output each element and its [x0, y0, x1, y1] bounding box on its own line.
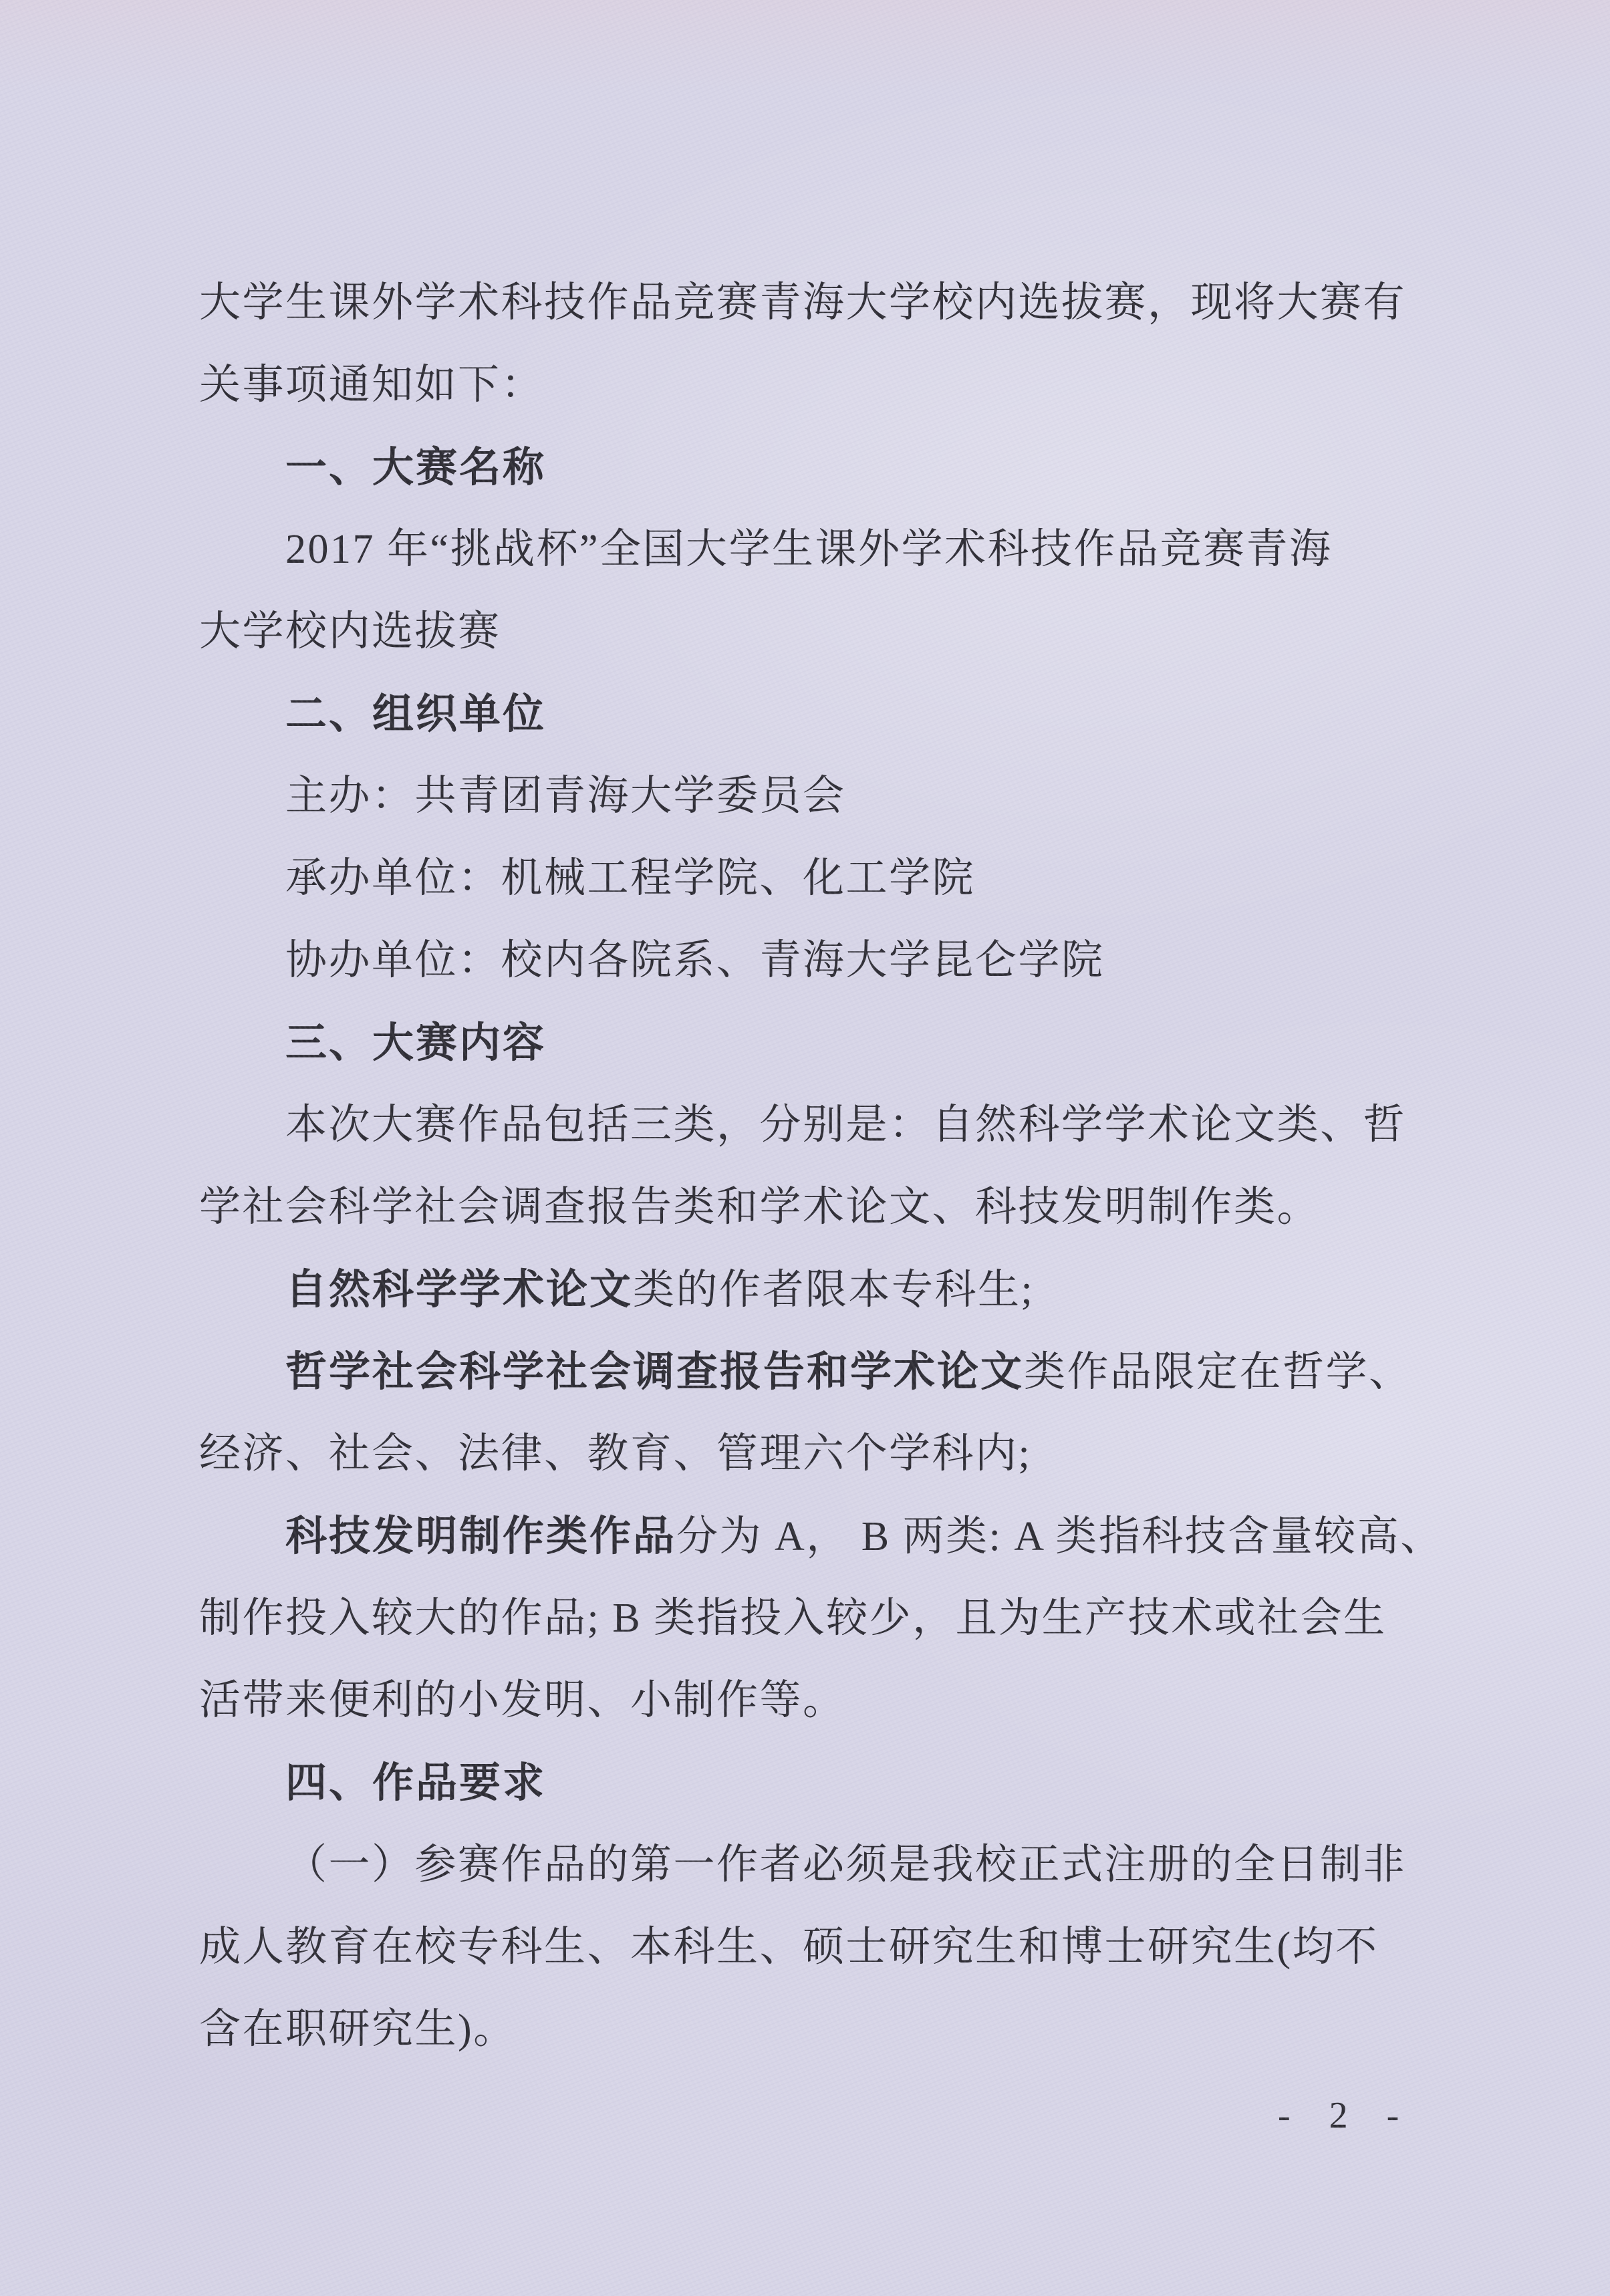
text-line: 自然科学学术论文类的作者限本专科生; [199, 1249, 1414, 1331]
heading-line: 三、大赛内容 [199, 1002, 1414, 1084]
text-line: 哲学社会科学社会调查报告和学术论文类作品限定在哲学、 [199, 1331, 1414, 1413]
text-line: 承办单位：机械工程学院、化工学院 [199, 838, 1414, 920]
text-segment: 成人教育在校专科生、本科生、硕士研究生和博士研究生(均不 [199, 1924, 1379, 1970]
page-number: - 2 - [1278, 2085, 1414, 2146]
bold-text-segment: 四、作品要求 [285, 1760, 546, 1806]
text-segment: 承办单位：机械工程学院、化工学院 [285, 856, 975, 901]
text-segment: 大学校内选拔赛 [199, 609, 501, 654]
bold-text-segment: 三、大赛内容 [285, 1020, 546, 1066]
text-line: 经济、社会、法律、教育、管理六个学科内; [199, 1413, 1414, 1495]
text-segment: 活带来便利的小发明、小制作等。 [199, 1678, 846, 1723]
text-segment: 含在职研究生)。 [199, 2007, 517, 2052]
text-line: 主办：共青团青海大学委员会 [199, 755, 1414, 838]
text-line: 科技发明制作类作品分为 A， B 两类: A 类指科技含量较高、 [199, 1495, 1414, 1577]
bold-text-segment: 科技发明制作类作品 [285, 1513, 676, 1559]
heading-line: 一、大赛名称 [199, 426, 1414, 509]
text-line: 成人教育在校专科生、本科生、硕士研究生和博士研究生(均不 [199, 1906, 1414, 1989]
text-segment: 类的作者限本专科生; [633, 1267, 1034, 1313]
heading-line: 四、作品要求 [199, 1742, 1414, 1824]
text-line: 活带来便利的小发明、小制作等。 [199, 1660, 1414, 1742]
text-segment: 本次大赛作品包括三类，分别是：自然科学学术论文类、哲 [285, 1102, 1406, 1148]
bold-text-segment: 一、大赛名称 [285, 444, 546, 491]
text-segment: 学社会科学社会调查报告类和学术论文、科技发明制作类。 [199, 1184, 1320, 1230]
heading-line: 二、组织单位 [199, 673, 1414, 755]
text-segment: （一）参赛作品的第一作者必须是我校正式注册的全日制非 [285, 1842, 1406, 1888]
text-line: 大学生课外学术科技作品竞赛青海大学校内选拔赛，现将大赛有 [199, 262, 1414, 344]
text-segment: 制作投入较大的作品; B 类指投入较少，且为生产技术或社会生 [199, 1596, 1387, 1641]
bold-text-segment: 哲学社会科学社会调查报告和学术论文 [285, 1349, 1024, 1395]
text-line: 含在职研究生)。 [199, 1989, 1414, 2071]
text-line: 大学校内选拔赛 [199, 591, 1414, 673]
text-line: 本次大赛作品包括三类，分别是：自然科学学术论文类、哲 [199, 1084, 1414, 1166]
text-segment: 类作品限定在哲学、 [1024, 1350, 1412, 1395]
text-segment: 关事项通知如下： [199, 362, 544, 408]
scanned-document-page: 大学生课外学术科技作品竞赛青海大学校内选拔赛，现将大赛有关事项通知如下：一、大赛… [0, 0, 1610, 2296]
text-line: 关事项通知如下： [199, 344, 1414, 426]
bold-text-segment: 自然科学学术论文 [285, 1267, 633, 1313]
bold-text-segment: 二、组织单位 [285, 691, 546, 737]
text-line: 协办单位：校内各院系、青海大学昆仑学院 [199, 920, 1414, 1002]
text-segment: 大学生课外学术科技作品竞赛青海大学校内选拔赛，现将大赛有 [199, 280, 1406, 326]
text-line: 2017 年“挑战杯”全国大学生课外学术科技作品竞赛青海 [199, 509, 1414, 591]
text-line: （一）参赛作品的第一作者必须是我校正式注册的全日制非 [199, 1824, 1414, 1906]
text-segment: 分为 A， B 两类: A 类指科技含量较高、 [676, 1514, 1444, 1559]
text-segment: 经济、社会、法律、教育、管理六个学科内; [199, 1431, 1031, 1477]
text-segment: 主办：共青团青海大学委员会 [285, 773, 846, 819]
text-line: 制作投入较大的作品; B 类指投入较少，且为生产技术或社会生 [199, 1577, 1414, 1660]
text-line: 学社会科学社会调查报告类和学术论文、科技发明制作类。 [199, 1166, 1414, 1249]
document-body: 大学生课外学术科技作品竞赛青海大学校内选拔赛，现将大赛有关事项通知如下：一、大赛… [199, 262, 1414, 2071]
text-segment: 协办单位：校内各院系、青海大学昆仑学院 [285, 938, 1105, 983]
text-segment: 2017 年“挑战杯”全国大学生课外学术科技作品竞赛青海 [285, 527, 1333, 572]
